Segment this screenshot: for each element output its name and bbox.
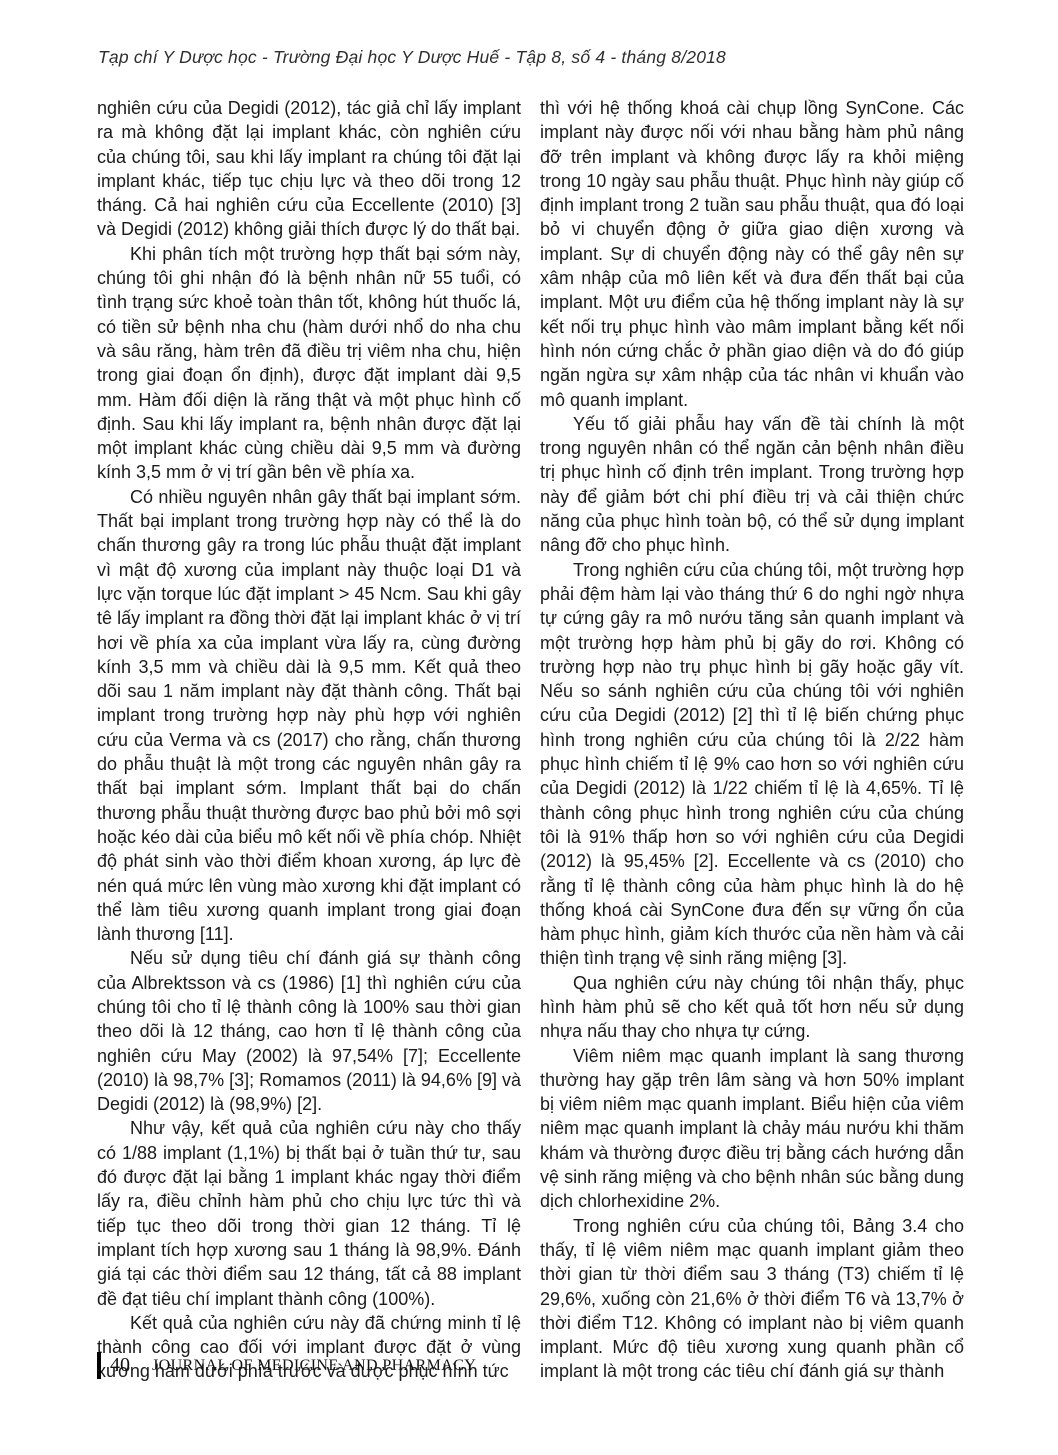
left-column: nghiên cứu của Degidi (2012), tác giả ch… [97, 96, 521, 1384]
paragraph: Khi phân tích một trường hợp thất bại sớ… [97, 242, 521, 485]
paragraph: Nếu sử dụng tiêu chí đánh giá sự thành c… [97, 946, 521, 1116]
paragraph: Có nhiều nguyên nhân gây thất bại implan… [97, 485, 521, 947]
right-column: thì với hệ thống khoá cài chụp lồng SynC… [540, 96, 964, 1384]
paragraph: Trong nghiên cứu của chúng tôi, một trườ… [540, 558, 964, 971]
journal-page: Tạp chí Y Dược học - Trường Đại học Y Dư… [0, 0, 1058, 1455]
page-footer: 40 JOURNAL OF MEDICINE AND PHARMACY [97, 1352, 476, 1379]
paragraph: Viêm niêm mạc quanh implant là sang thươ… [540, 1044, 964, 1214]
paragraph: Yếu tố giải phẫu hay vấn đề tài chính là… [540, 412, 964, 558]
paragraph: Như vậy, kết quả của nghiên cứu này cho … [97, 1116, 521, 1310]
two-column-content: nghiên cứu của Degidi (2012), tác giả ch… [97, 96, 964, 1384]
page-number: 40 [110, 1354, 130, 1377]
paragraph: Trong nghiên cứu của chúng tôi, Bảng 3.4… [540, 1214, 964, 1384]
footer-divider-bar [97, 1352, 101, 1379]
paragraph: Qua nghiên cứu này chúng tôi nhận thấy, … [540, 971, 964, 1044]
paragraph: nghiên cứu của Degidi (2012), tác giả ch… [97, 96, 521, 242]
running-header: Tạp chí Y Dược học - Trường Đại học Y Dư… [98, 47, 726, 68]
paragraph: thì với hệ thống khoá cài chụp lồng SynC… [540, 96, 964, 412]
journal-name: JOURNAL OF MEDICINE AND PHARMACY [152, 1357, 476, 1375]
